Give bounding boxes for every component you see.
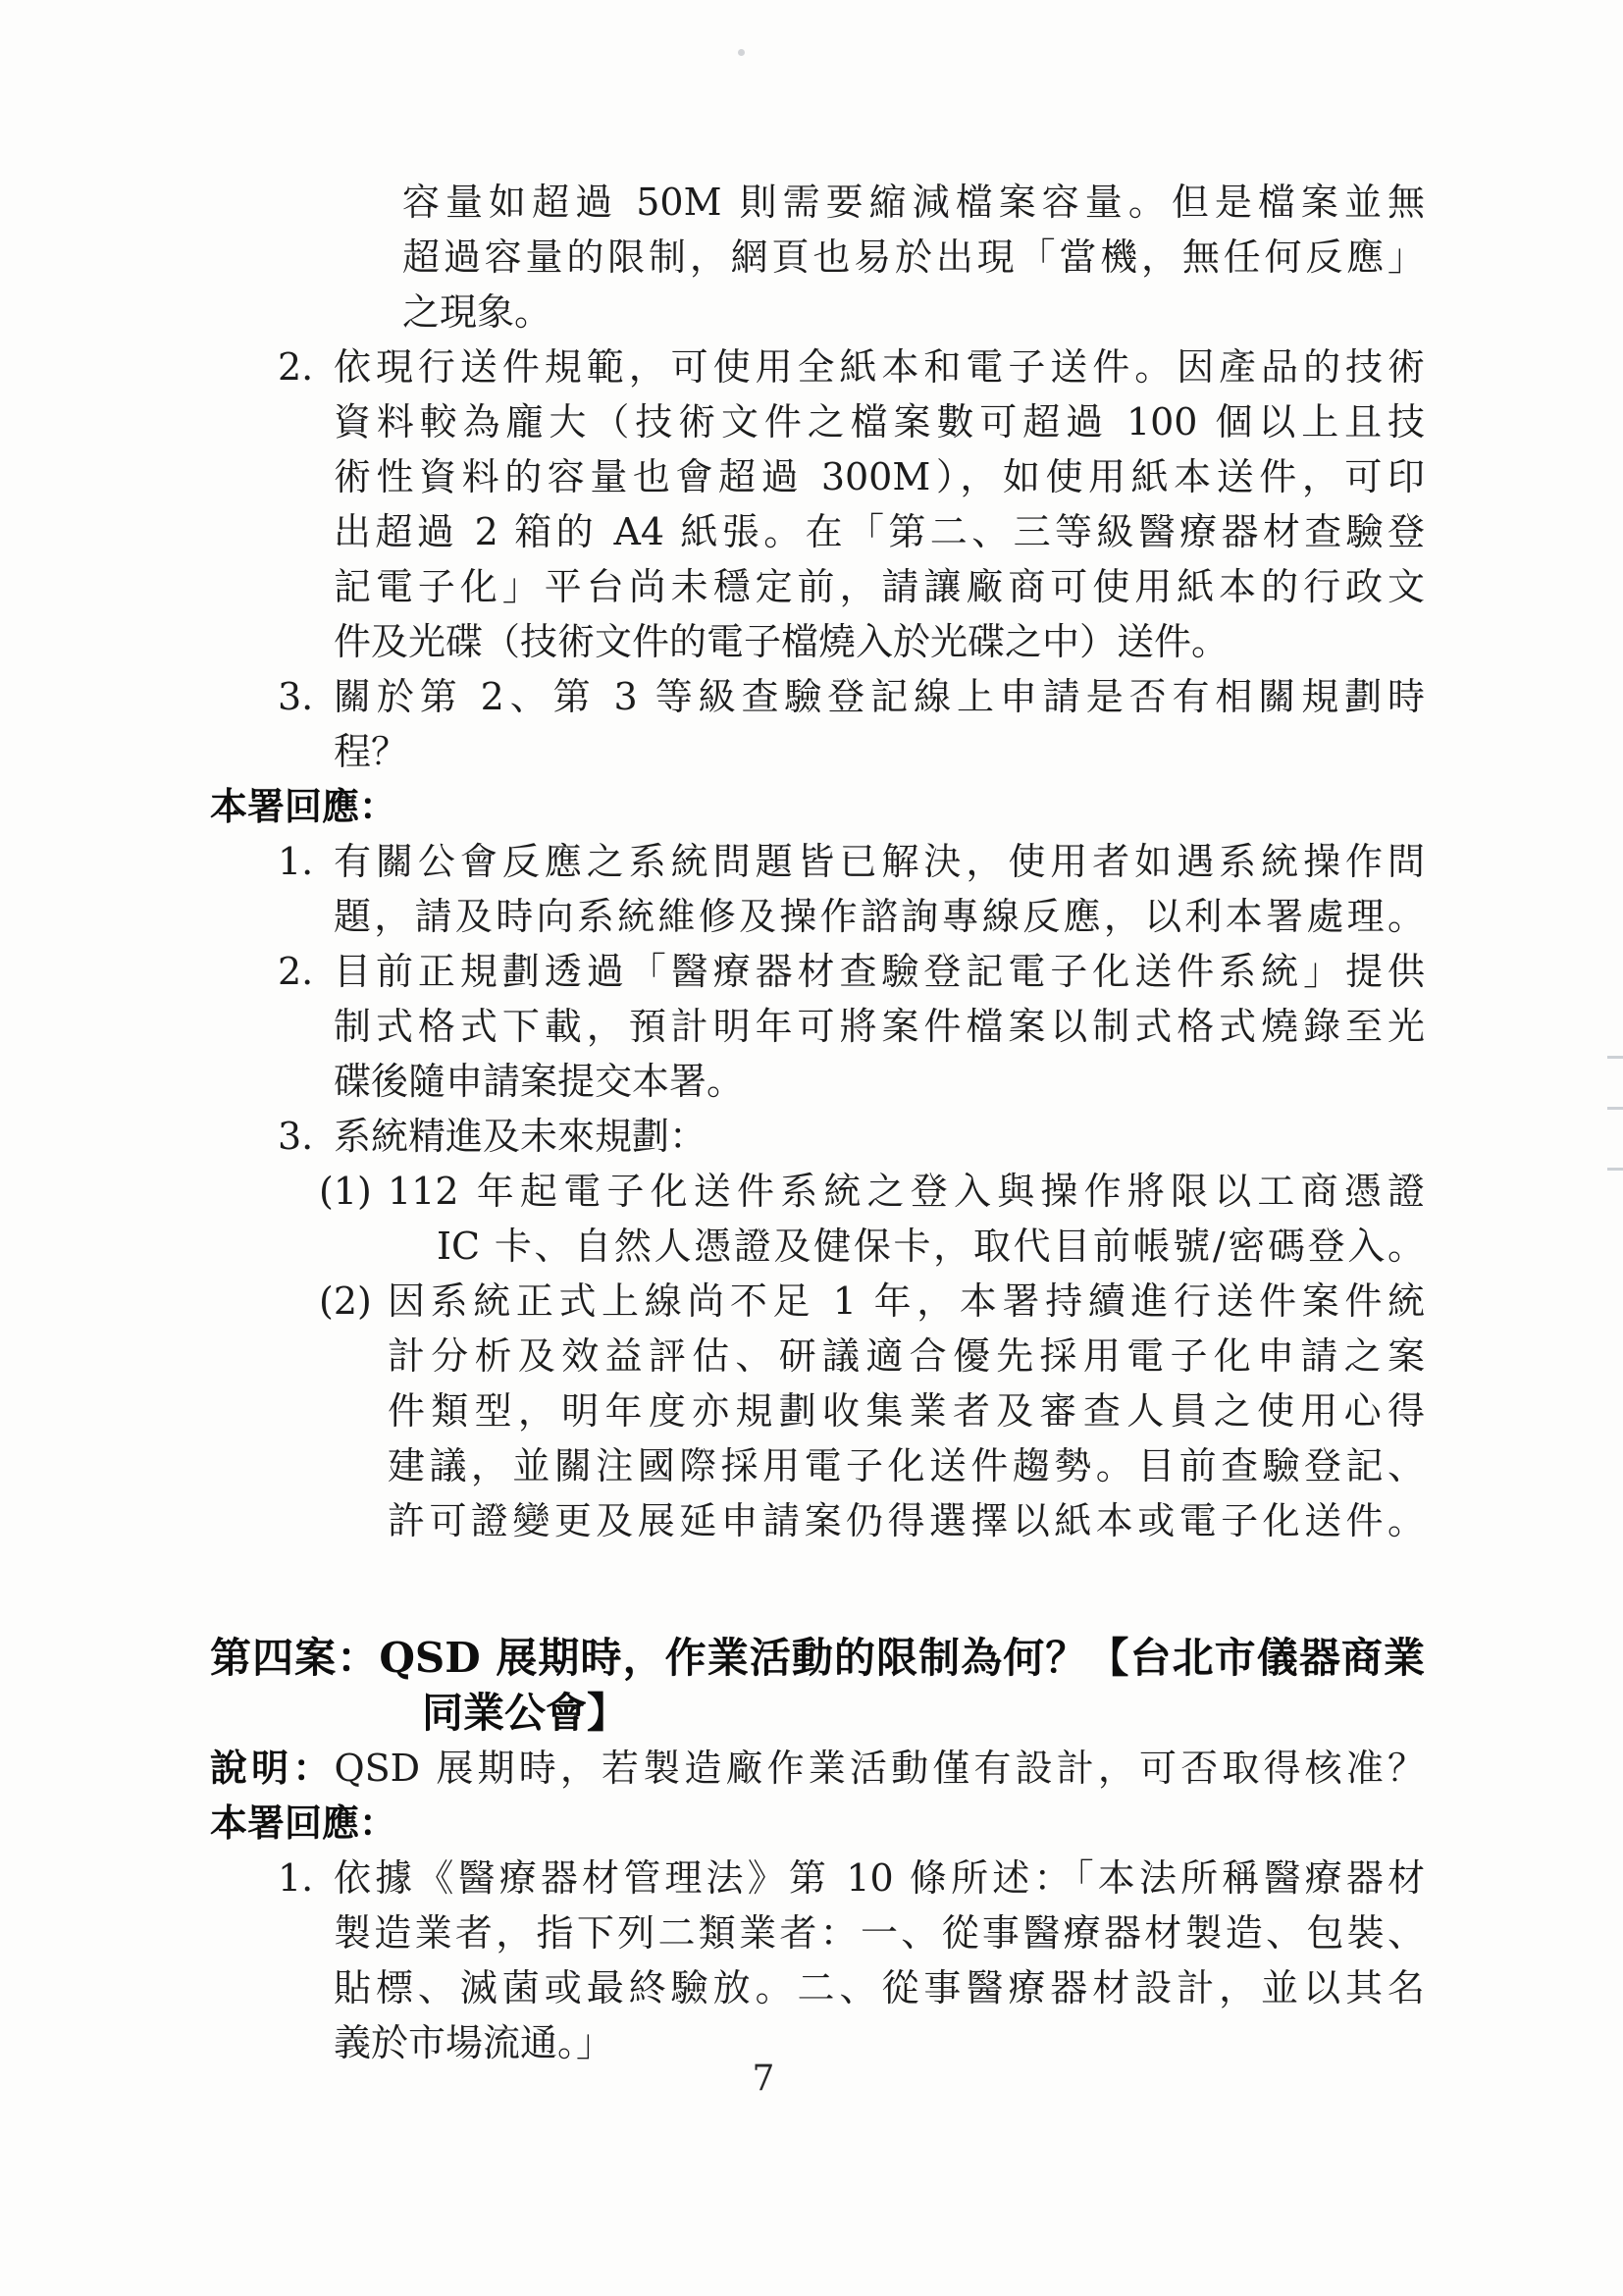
text-line: 系統精進及未來規劃： xyxy=(334,1109,1425,1164)
list-item-body: 關於第 2、第 3 等級查驗登記線上申請是否有相關規劃時 程？ xyxy=(334,669,1425,779)
text-line: 碟後隨申請案提交本署。 xyxy=(334,1054,1425,1109)
response-item-3: 3. 系統精進及未來規劃： xyxy=(210,1109,1425,1164)
response-heading: 本署回應： xyxy=(210,779,1425,834)
question-item-3: 3. 關於第 2、第 3 等級查驗登記線上申請是否有相關規劃時 程？ xyxy=(210,669,1425,779)
explanation-text: QSD 展期時，若製造廠作業活動僅有設計，可否取得核准？ xyxy=(334,1747,1425,1790)
list-item-body: 有關公會反應之系統問題皆已解決，使用者如遇系統操作問 題，請及時向系統維修及操作… xyxy=(334,834,1425,944)
scan-speck xyxy=(738,49,745,56)
response-subitem-2: (2) 因系統正式上線尚不足 1 年，本署持續進行送件案件統 計分析及效益評估、… xyxy=(210,1274,1425,1548)
text-line: 件類型，明年度亦規劃收集業者及審查人員之使用心得 xyxy=(388,1383,1425,1438)
page-number: 7 xyxy=(0,2059,1527,2099)
list-item-number: 1. xyxy=(278,1851,334,1905)
text-line: 貼標、滅菌或最終驗放。二、從事醫療器材設計，並以其名 xyxy=(334,1960,1425,2015)
list-item-body: 系統精進及未來規劃： xyxy=(334,1109,1425,1164)
list-item-body: 依據《醫療器材管理法》第 10 條所述：「本法所稱醫療器材 製造業者，指下列二類… xyxy=(334,1851,1425,2070)
text-line: 因系統正式上線尚不足 1 年，本署持續進行送件案件統 xyxy=(388,1274,1425,1329)
text-line: 建議，並關注國際採用電子化送件趨勢。目前查驗登記、 xyxy=(388,1438,1425,1493)
list-item-number: 2. xyxy=(278,944,334,999)
text-line: 有關公會反應之系統問題皆已解決，使用者如遇系統操作問 xyxy=(334,834,1425,889)
response-item-2: 2. 目前正規劃透過「醫療器材查驗登記電子化送件系統」提供 制式格式下載，預計明… xyxy=(210,944,1425,1109)
case4-title-line1: 第四案：QSD 展期時，作業活動的限制為何？【台北市儀器商業 xyxy=(210,1631,1425,1686)
question-item-2: 2. 依現行送件規範，可使用全紙本和電子送件。因產品的技術 資料較為龐大（技術文… xyxy=(210,339,1425,669)
text-line: 題，請及時向系統維修及操作諮詢專線反應，以利本署處理。 xyxy=(334,889,1425,944)
case4-title-text: QSD 展期時，作業活動的限制為何？【台北市儀器商業 xyxy=(379,1634,1425,1682)
response-heading: 本署回應： xyxy=(210,1796,1425,1851)
document-body: 容量如超過 50M 則需要縮減檔案容量。但是檔案並無 超過容量的限制，網頁也易於… xyxy=(210,175,1425,2070)
text-line: 之現象。 xyxy=(402,285,1425,339)
text-line: 依現行送件規範，可使用全紙本和電子送件。因產品的技術 xyxy=(334,339,1425,394)
case4-label: 第四案： xyxy=(210,1634,379,1682)
explanation-line: 說明：QSD 展期時，若製造廠作業活動僅有設計，可否取得核准？ xyxy=(210,1741,1425,1796)
text-line: 製造業者，指下列二類業者：一、從事醫療器材製造、包裝、 xyxy=(334,1905,1425,1960)
text-line: 112 年起電子化送件系統之登入與操作將限以工商憑證 xyxy=(388,1164,1425,1219)
text-line: 術性資料的容量也會超過 300M），如使用紙本送件，可印 xyxy=(334,449,1425,504)
list-item-number: 3. xyxy=(278,669,334,724)
list-item-body: 112 年起電子化送件系統之登入與操作將限以工商憑證 IC 卡、自然人憑證及健保… xyxy=(388,1164,1425,1274)
response2-item-1: 1. 依據《醫療器材管理法》第 10 條所述：「本法所稱醫療器材 製造業者，指下… xyxy=(210,1851,1425,2070)
text-line: 容量如超過 50M 則需要縮減檔案容量。但是檔案並無 xyxy=(402,175,1425,230)
text-line: 出超過 2 箱的 A4 紙張。在「第二、三等級醫療器材查驗登 xyxy=(334,504,1425,559)
case4-title-line2: 同業公會】 xyxy=(210,1686,1425,1741)
document-page: 容量如超過 50M 則需要縮減檔案容量。但是檔案並無 超過容量的限制，網頁也易於… xyxy=(0,0,1623,2296)
item1-continuation: 容量如超過 50M 則需要縮減檔案容量。但是檔案並無 超過容量的限制，網頁也易於… xyxy=(402,175,1425,339)
scan-artifact xyxy=(1607,1107,1623,1110)
list-item-number: 2. xyxy=(278,339,334,394)
text-line: 程？ xyxy=(334,724,1425,779)
list-item-body: 因系統正式上線尚不足 1 年，本署持續進行送件案件統 計分析及效益評估、研議適合… xyxy=(388,1274,1425,1548)
text-line: 目前正規劃透過「醫療器材查驗登記電子化送件系統」提供 xyxy=(334,944,1425,999)
text-line: 制式格式下載，預計明年可將案件檔案以制式格式燒錄至光 xyxy=(334,999,1425,1054)
scan-artifact xyxy=(1607,1056,1623,1059)
text-line: 超過容量的限制，網頁也易於出現「當機，無任何反應」 xyxy=(402,230,1425,285)
text-line: 資料較為龐大（技術文件之檔案數可超過 100 個以上且技 xyxy=(334,394,1425,449)
response-subitem-1: (1) 112 年起電子化送件系統之登入與操作將限以工商憑證 IC 卡、自然人憑… xyxy=(210,1164,1425,1274)
list-item-body: 目前正規劃透過「醫療器材查驗登記電子化送件系統」提供 制式格式下載，預計明年可將… xyxy=(334,944,1425,1109)
text-line: 關於第 2、第 3 等級查驗登記線上申請是否有相關規劃時 xyxy=(334,669,1425,724)
list-item-body: 依現行送件規範，可使用全紙本和電子送件。因產品的技術 資料較為龐大（技術文件之檔… xyxy=(334,339,1425,669)
text-line: 許可證變更及展延申請案仍得選擇以紙本或電子化送件。 xyxy=(388,1493,1425,1548)
list-item-number: (2) xyxy=(319,1274,388,1329)
text-line: 件及光碟（技術文件的電子檔燒入於光碟之中）送件。 xyxy=(334,614,1425,669)
list-item-number: (1) xyxy=(319,1164,388,1219)
text-line: 計分析及效益評估、研議適合優先採用電子化申請之案 xyxy=(388,1329,1425,1383)
list-item-number: 1. xyxy=(278,834,334,889)
case4-heading: 第四案：QSD 展期時，作業活動的限制為何？【台北市儀器商業 同業公會】 xyxy=(210,1631,1425,1741)
explanation-label: 說明： xyxy=(210,1746,334,1790)
text-line: 記電子化」平台尚未穩定前，請讓廠商可使用紙本的行政文 xyxy=(334,559,1425,614)
text-line: 依據《醫療器材管理法》第 10 條所述：「本法所稱醫療器材 xyxy=(334,1851,1425,1905)
list-item-number: 3. xyxy=(278,1109,334,1164)
response-item-1: 1. 有關公會反應之系統問題皆已解決，使用者如遇系統操作問 題，請及時向系統維修… xyxy=(210,834,1425,944)
scan-artifact xyxy=(1607,1168,1623,1171)
text-line: IC 卡、自然人憑證及健保卡，取代目前帳號/密碼登入。 xyxy=(388,1219,1425,1274)
